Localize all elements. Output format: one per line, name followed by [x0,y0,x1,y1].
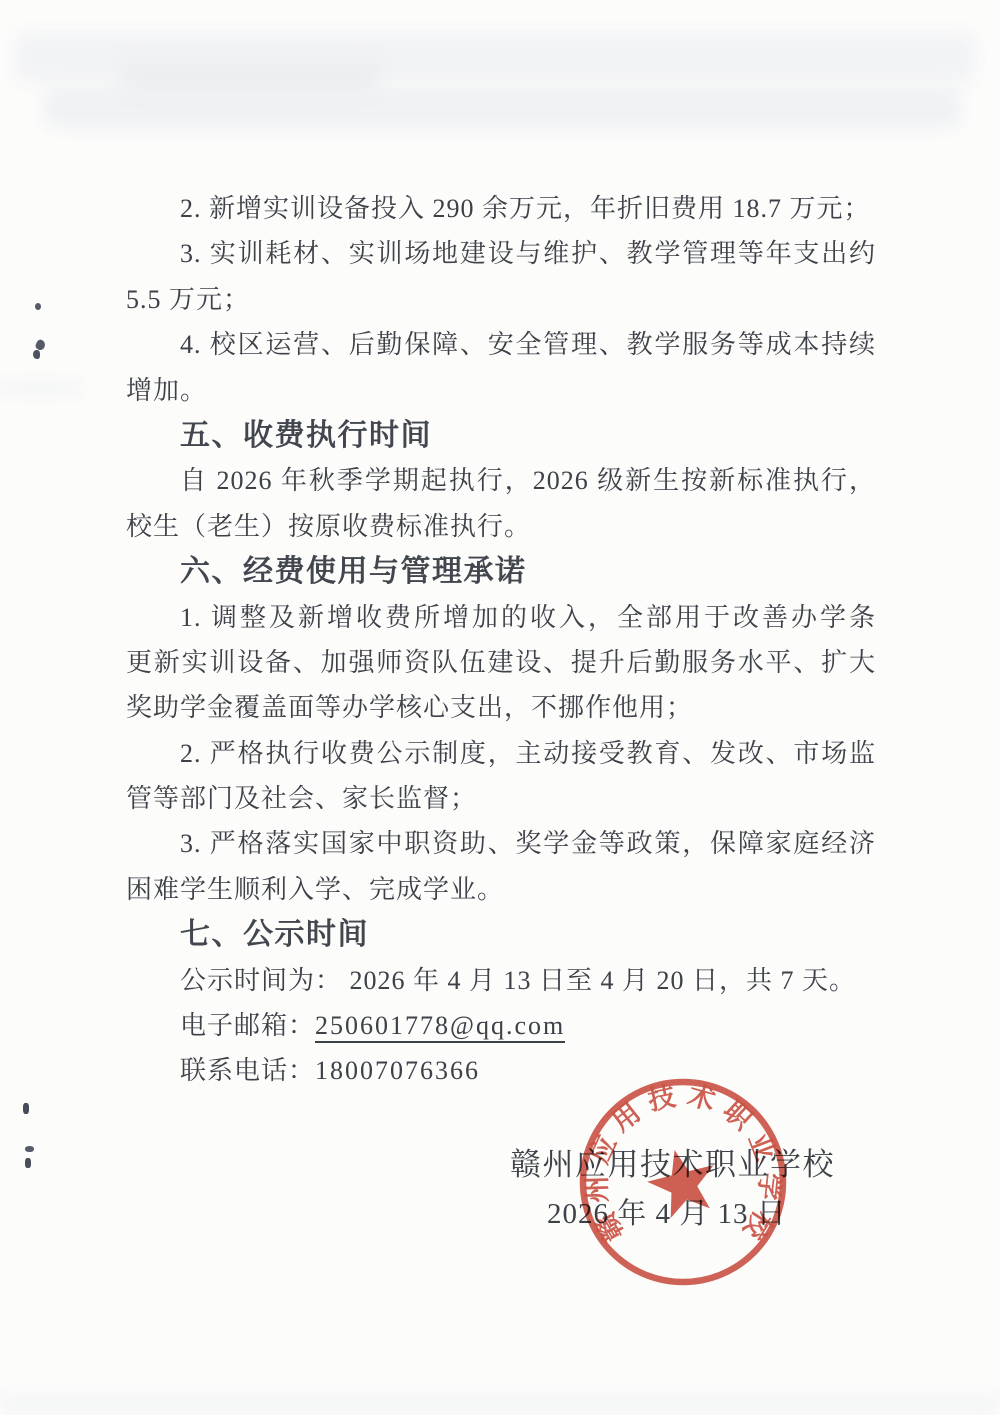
doc-line: 更新实训设备、加强师资队伍建设、提升后勤服务水平、扩大 [126,640,876,685]
official-seal: 赣州应用技术职业学校 [573,1072,793,1292]
scan-ink-speck [23,1103,29,1114]
publicity-period-line: 公示时间为： 2026 年 4 月 13 日至 4 月 20 日，共 7 天。 [126,958,876,1003]
phone-label: 联系电话： [180,1056,315,1085]
doc-line: 自 2026 年秋季学期起执行，2026 级新生按新标准执行，在 [126,458,876,503]
doc-line: 1. 调整及新增收费所增加的收入，全部用于改善办学条件、 [126,595,876,640]
scan-ink-speck [25,1158,31,1168]
email-line: 电子邮箱：250601778@qq.com [126,1003,876,1048]
scan-ink-speck [25,1146,34,1152]
scan-bleed-artifact [0,384,80,392]
email-value: 250601778@qq.com [315,1011,565,1043]
section-heading-6: 六、经费使用与管理承诺 [126,549,876,594]
doc-line: 困难学生顺利入学、完成学业。 [126,867,876,912]
doc-line: 4. 校区运营、后勤保障、安全管理、教学服务等成本持续 [126,322,876,367]
scan-ink-speck [35,303,41,310]
scan-bleed-artifact [120,58,380,92]
phone-value: 18007076366 [315,1056,480,1085]
doc-line: 奖助学金覆盖面等办学核心支出，不挪作他用； [126,685,876,730]
doc-line: 2. 严格执行收费公示制度，主动接受教育、发改、市场监 [126,731,876,776]
doc-line: 管等部门及社会、家长监督； [126,776,876,821]
doc-line: 5.5 万元； [126,277,876,322]
scan-bleed-artifact [45,86,960,128]
doc-line: 3. 严格落实国家中职资助、奖学金等政策，保障家庭经济 [126,821,876,866]
doc-line: 2. 新增实训设备投入 290 余万元，年折旧费用 18.7 万元； [126,186,876,231]
document-body: 2. 新增实训设备投入 290 余万元，年折旧费用 18.7 万元； 3. 实训… [126,186,876,1094]
section-heading-5: 五、收费执行时间 [126,413,876,458]
email-label: 电子邮箱： [180,1011,315,1040]
star-icon [641,1142,723,1222]
doc-line: 增加。 [126,368,876,413]
doc-line: 校生（老生）按原收费标准执行。 [126,504,876,549]
scanned-notice-page: 2. 新增实训设备投入 290 余万元，年折旧费用 18.7 万元； 3. 实训… [0,0,1000,1415]
scan-ink-speck [33,350,40,359]
section-heading-7: 七、公示时间 [126,912,876,957]
doc-line: 3. 实训耗材、实训场地建设与维护、教学管理等年支出约 [126,231,876,276]
scan-bleed-artifact [0,1395,1000,1415]
